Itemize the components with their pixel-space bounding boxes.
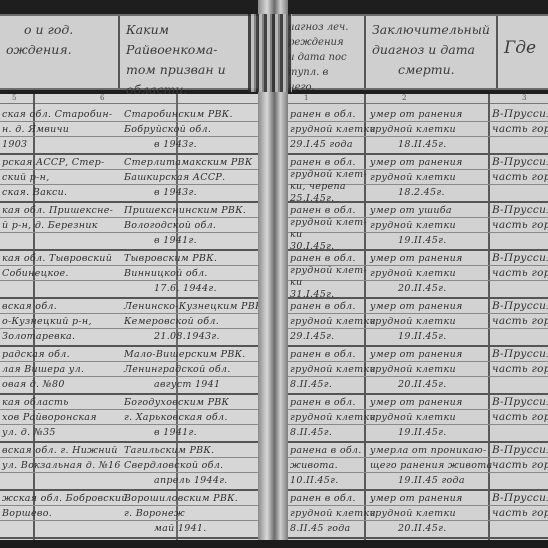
right-column-numbers: 1 2 3 [282, 94, 548, 104]
left-conscription-text: Тагильским РВК. [124, 443, 214, 458]
left-birthplace-text: ская обл. Старобин- [2, 107, 112, 122]
right-death-text: умер от ранения [370, 251, 463, 266]
left-conscription-text: Старобинским РВК. [124, 107, 233, 122]
right-death-text: умер от ранения [370, 107, 463, 122]
left-table-row: кая обл. Пришексне-й р-н, д. БерезникПри… [0, 202, 266, 250]
left-column-numbers: 5 6 [0, 94, 266, 104]
right-admission-text: 29.I.45г. [290, 329, 335, 344]
right-death-text: грудной клетки [370, 218, 456, 233]
left-birthplace-text: ский р-н, [2, 170, 50, 185]
right-death-text: 20.II.45г. [398, 377, 447, 392]
right-death-text: 19.II.45г. [398, 233, 447, 248]
right-burial-text: В-Пруссия [492, 491, 548, 506]
left-birthplace-text: ул. д. №35 [2, 425, 56, 440]
right-burial-text: В-Пруссия [492, 251, 548, 266]
right-admission-text: ранен в обл. [290, 299, 356, 314]
left-birthplace-text: вская обл. [2, 299, 57, 314]
right-burial-text: часть гор. [492, 458, 548, 473]
left-conscription-text: Свердловской обл. [124, 458, 223, 473]
right-death-text: грудной клетки [370, 170, 456, 185]
header-birthplace: о и год. ождения. [0, 16, 118, 88]
left-birthplace-text: кая обл. Тывровский [2, 251, 112, 266]
ruled-line [0, 537, 266, 539]
right-table-row: ранен в обл.грудной клетки8.II.45г.умер … [282, 394, 548, 442]
left-birthplace-text: о-Кузнецкий р-н, [2, 314, 92, 329]
right-table-row: ранен в обл.грудной клетки29.I.45г.умер … [282, 298, 548, 346]
left-conscription-text: Ворошиловским РВК. [124, 491, 238, 506]
right-burial-text: В-Пруссия [492, 395, 548, 410]
right-admission-text: 8.II.45г. [290, 377, 332, 392]
right-burial-text: часть гор. [492, 218, 548, 233]
right-admission-text: ранен в обл. [290, 491, 356, 506]
left-birthplace-text: кая область [2, 395, 69, 410]
left-conscription-text: в 1941г. [154, 425, 197, 440]
right-death-text: 19.II.45г. [398, 329, 447, 344]
right-admission-text: грудной клетки [290, 410, 366, 425]
left-conscription-text: Башкирская АССР. [124, 170, 225, 185]
right-admission-text: 8.II.45г. [290, 425, 332, 440]
right-burial-text: В-Пруссия [492, 203, 548, 218]
right-admission-text: ранен в обл. [290, 395, 356, 410]
right-burial-text: В-Пруссия [492, 443, 548, 458]
right-burial-text: В-Пруссия [492, 107, 548, 122]
right-table-row: ранен в обл.грудной клетки8.II.45 годаум… [282, 490, 548, 538]
right-admission-text: грудной клетки [290, 122, 366, 137]
right-admission-text: 10.II.45г. [290, 473, 339, 488]
right-page: 1 2 3 ранен в обл.грудной клетки29.I.45 … [282, 94, 548, 540]
right-death-text: умер от ранения [370, 491, 463, 506]
right-burial-text: В-Пруссия [492, 347, 548, 362]
left-conscription-text: в 1943г. [154, 185, 197, 200]
left-birthplace-text: ская. Вакси. [2, 185, 67, 200]
left-table-row: кая областьхов Райворонскаяул. д. №35Бог… [0, 394, 266, 442]
left-conscription-text: в 1943г. [154, 137, 197, 152]
right-burial-text: часть гор. [492, 410, 548, 425]
right-death-text: 18.2.45г. [398, 185, 445, 200]
right-death-text: 18.II.45г. [398, 137, 447, 152]
left-conscription-text: апрель 1944г. [154, 473, 228, 488]
right-death-text: 19.II.45г. [398, 425, 447, 440]
right-burial-text: В-Пруссия [492, 155, 548, 170]
right-death-text: 20.II.45г. [398, 521, 447, 536]
right-death-text: 20.II.45г. [398, 281, 447, 296]
right-admission-text: живота. [290, 458, 338, 473]
left-table-row: рская АССР, Стер-ский р-н,ская. Вакси.Ст… [0, 154, 266, 202]
ruled-line [282, 537, 548, 539]
right-burial-text: часть гор. [492, 314, 548, 329]
left-birthplace-text: овая д. №80 [2, 377, 65, 392]
right-table-row: ранен в обл.грудной клет-ки30.I.45г.умер… [282, 202, 548, 250]
left-conscription-text: Мало-Вишерским РВК. [124, 347, 246, 362]
left-conscription-text: Бобруйской обл. [124, 122, 211, 137]
left-table-row: вская обл.о-Кузнецкий р-н,Золотаревка.Ле… [0, 298, 266, 346]
right-death-text: грудной клетки [370, 314, 456, 329]
right-admission-text: грудной клетки [290, 314, 366, 329]
left-table-row: радская обл.лая Вишера ул.овая д. №80Мал… [0, 346, 266, 394]
left-birthplace-text: Золотаревка. [2, 329, 75, 344]
right-death-text: грудной клетки [370, 362, 456, 377]
right-death-text: умер от ранения [370, 347, 463, 362]
left-conscription-text: Богодуховским РВК [124, 395, 229, 410]
right-table-row: ранена в обл.живота.10.II.45г.умерла от … [282, 442, 548, 490]
left-conscription-text: Ленинградской обл. [124, 362, 231, 377]
left-conscription-text: 21.08.1943г. [154, 329, 220, 344]
left-header-strip: о и год. ождения. Каким Райвоенкома- том… [0, 14, 262, 90]
left-conscription-text: г. Харьковская обл. [124, 410, 228, 425]
left-birthplace-text: хов Райворонская [2, 410, 97, 425]
left-table-row: жская обл. БобровскийВоршево.Ворошиловск… [0, 490, 266, 538]
left-conscription-text: август 1941 [154, 377, 220, 392]
left-conscription-text: в 1941г. [154, 233, 197, 248]
right-admission-text: ранена в обл. [290, 443, 362, 458]
left-birthplace-text: кая обл. Пришексне- [2, 203, 113, 218]
right-death-text: умер от ранения [370, 155, 463, 170]
right-header-strip: иагноз леч. реждения и дата пос тупл. в … [282, 14, 548, 90]
right-death-text: умерла от проникаю- [370, 443, 486, 458]
header-burial-place: Где [496, 16, 548, 88]
left-birthplace-text: рская АССР, Стер- [2, 155, 105, 170]
left-table-row: вская обл. г. Нижнийул. Вокзальная д. №1… [0, 442, 266, 490]
page-bottom-edge [0, 540, 548, 548]
right-admission-text: ранен в обл. [290, 107, 356, 122]
right-burial-text: часть гор. [492, 266, 548, 281]
right-burial-text: часть гор. [492, 122, 548, 137]
left-conscription-text: Винницкой обл. [124, 266, 208, 281]
left-conscription-text: 17.6. 1944г. [154, 281, 217, 296]
left-birthplace-text: Собинецкое. [2, 266, 69, 281]
right-burial-text: часть гор. [492, 362, 548, 377]
right-death-text: умер от ранения [370, 299, 463, 314]
left-birthplace-text: ул. Вокзальная д. №16 [2, 458, 121, 473]
ledger-spread: о и год. ождения. Каким Райвоенкома- том… [0, 0, 548, 548]
left-table-row: кая обл. ТывровскийСобинецкое.Тывровским… [0, 250, 266, 298]
left-birthplace-text: й р-н, д. Березник [2, 218, 98, 233]
right-table-row: ранен в обл.грудной клет-ки, черепа25.I.… [282, 154, 548, 202]
right-table-row: ранен в обл.грудной клетки29.I.45 годаум… [282, 106, 548, 154]
header-final-diagnosis: Заключительный диагноз и дата смерти. [364, 16, 496, 88]
left-conscription-text: Кемеровской обл. [124, 314, 219, 329]
left-birthplace-text: 1903 [2, 137, 27, 152]
right-death-text: умер от ранения [370, 395, 463, 410]
right-table-row: ранен в обл.грудной клет-ки31.I.45г.умер… [282, 250, 548, 298]
right-admission-text: ранен в обл. [290, 347, 356, 362]
right-burial-text: В-Пруссия [492, 299, 548, 314]
left-conscription-text: Тывровским РВК. [124, 251, 217, 266]
right-burial-text: часть гор. [492, 506, 548, 521]
right-death-text: грудной клетки [370, 410, 456, 425]
left-birthplace-text: жская обл. Бобровский [2, 491, 128, 506]
left-birthplace-text: радская обл. [2, 347, 70, 362]
left-birthplace-text: вская обл. г. Нижний [2, 443, 118, 458]
left-conscription-text: Стерлитамакским РВК [124, 155, 252, 170]
left-birthplace-text: н. д. Ямвичи [2, 122, 69, 137]
left-conscription-text: май 1941. [154, 521, 207, 536]
right-table-row: ранен в обл.грудной клетки8.II.45г.умер … [282, 346, 548, 394]
left-birthplace-text: Воршево. [2, 506, 52, 521]
left-birthplace-text: лая Вишера ул. [2, 362, 84, 377]
left-conscription-text: Вологодской обл. [124, 218, 216, 233]
header-conscription: Каким Райвоенкома- том призван и области… [118, 16, 262, 88]
right-death-text: грудной клетки [370, 506, 456, 521]
left-conscription-text: Ленинско-Кузнецким РВК [124, 299, 263, 314]
left-conscription-text: г. Воронеж [124, 506, 185, 521]
right-death-text: грудной клетки [370, 122, 456, 137]
right-death-text: щего ранения живота [370, 458, 488, 473]
right-admission-text: 8.II.45 года [290, 521, 351, 536]
right-death-text: грудной клетки [370, 266, 456, 281]
right-death-text: 19.II.45 года [398, 473, 465, 488]
right-death-text: умер от ушиба [370, 203, 452, 218]
left-table-row: ская обл. Старобин-н. д. Ямвичи1903Старо… [0, 106, 266, 154]
right-admission-text: грудной клетки [290, 506, 366, 521]
right-admission-text: грудной клетки [290, 362, 366, 377]
left-page: 5 6 ская обл. Старобин-н. д. Ямвичи1903С… [0, 94, 266, 540]
left-conscription-text: Пришекснинским РВК. [124, 203, 246, 218]
header-admission-diagnosis: иагноз леч. реждения и дата пос тупл. в … [282, 16, 364, 88]
right-admission-text: 29.I.45 года [290, 137, 353, 152]
torn-binding [248, 14, 292, 92]
right-burial-text: часть гор. [492, 170, 548, 185]
